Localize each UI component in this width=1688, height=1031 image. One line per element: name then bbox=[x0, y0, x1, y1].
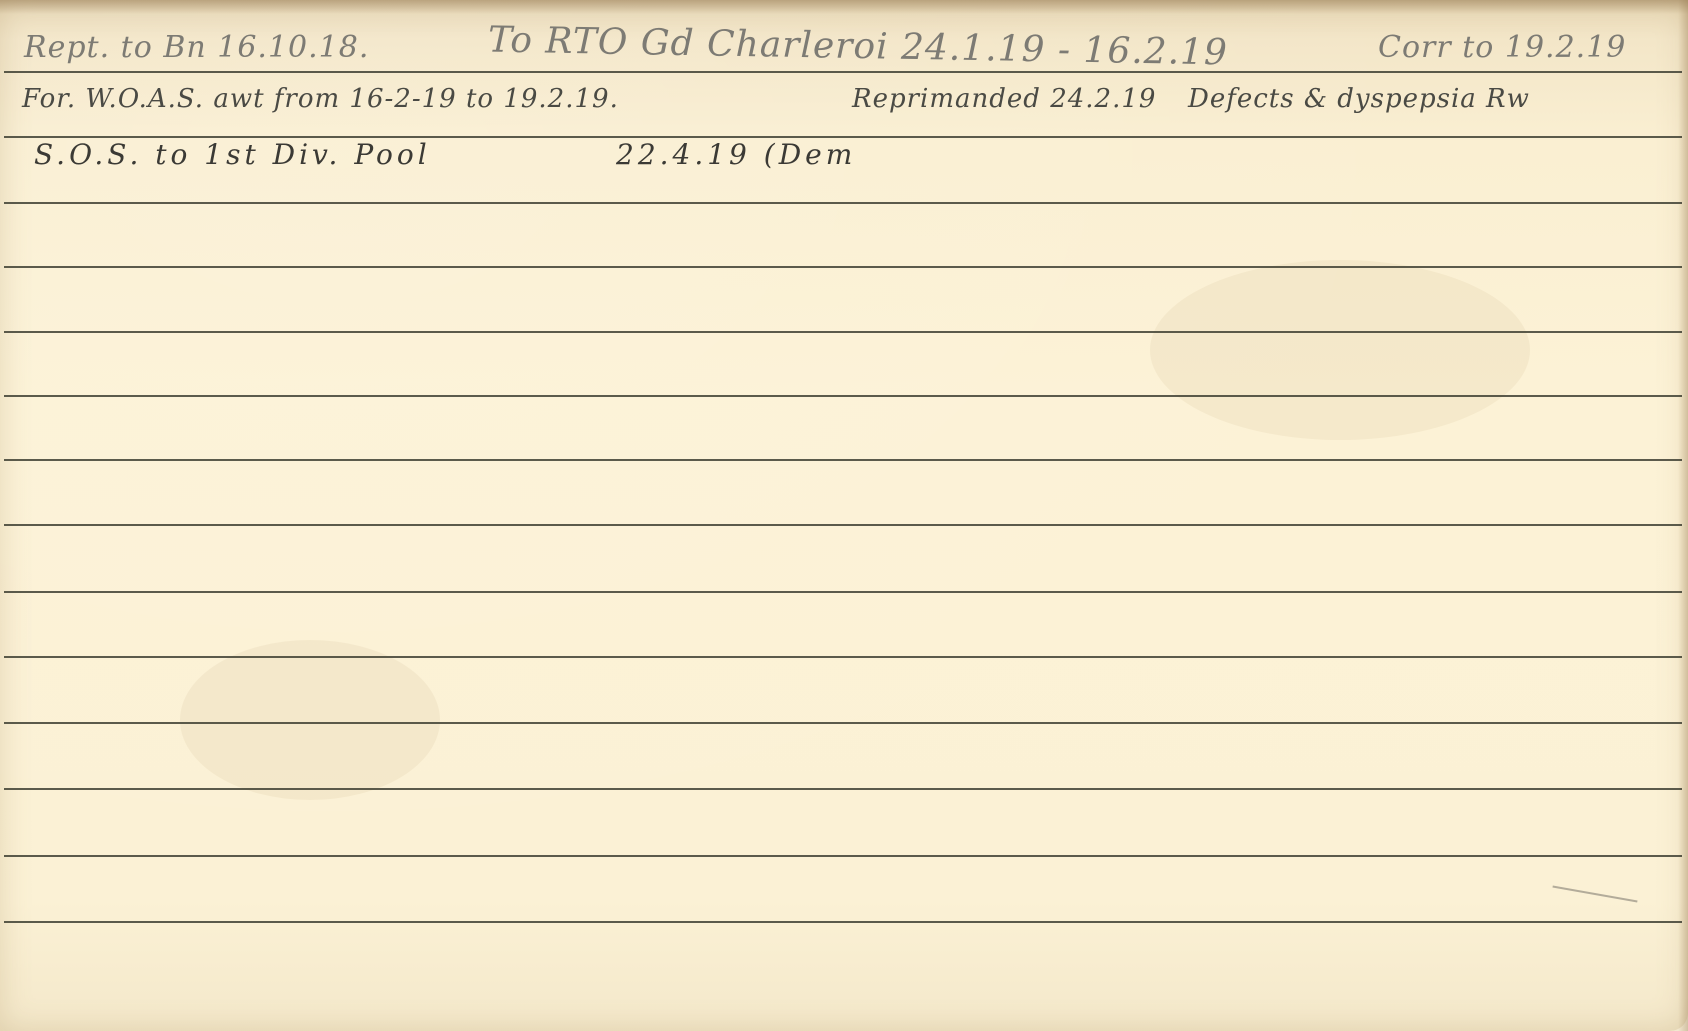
rule-line-4 bbox=[4, 266, 1682, 268]
entry-date-demob: 22.4.19 (Dem bbox=[616, 138, 856, 171]
entry-defects-dyspepsia: Defects & dyspepsia Rw bbox=[1188, 84, 1530, 114]
rule-line-7 bbox=[4, 459, 1682, 461]
entry-reprimanded: Reprimanded 24.2.19 bbox=[852, 84, 1156, 114]
entry-rto-charleroi: To RTO Gd Charleroi 24.1.19 - 16.2.19 bbox=[488, 20, 1229, 74]
card-top-edge-shadow bbox=[0, 0, 1688, 14]
rule-line-1 bbox=[4, 71, 1682, 73]
pencil-mark bbox=[1552, 886, 1637, 903]
entry-awol-period: For. W.O.A.S. awt from 16-2-19 to 19.2.1… bbox=[22, 84, 619, 114]
rule-line-3 bbox=[4, 202, 1682, 204]
rule-line-12 bbox=[4, 788, 1682, 790]
rule-line-14 bbox=[4, 921, 1682, 923]
entry-corrected-to: Corr to 19.2.19 bbox=[1378, 30, 1626, 65]
paper-stain bbox=[180, 640, 440, 800]
rule-line-6 bbox=[4, 395, 1682, 397]
rule-line-9 bbox=[4, 591, 1682, 593]
rule-line-8 bbox=[4, 524, 1682, 526]
rule-line-5 bbox=[4, 331, 1682, 333]
rule-line-10 bbox=[4, 656, 1682, 658]
record-card: Rept. to Bn 16.10.18. To RTO Gd Charlero… bbox=[0, 0, 1688, 1031]
entry-reported-to-battalion: Rept. to Bn 16.10.18. bbox=[24, 30, 369, 65]
rule-line-11 bbox=[4, 722, 1682, 724]
paper-stain bbox=[1150, 260, 1530, 440]
entry-struck-off-strength: S.O.S. to 1st Div. Pool bbox=[34, 138, 431, 171]
rule-line-13 bbox=[4, 855, 1682, 857]
card-right-edge-shadow bbox=[1678, 0, 1688, 1031]
